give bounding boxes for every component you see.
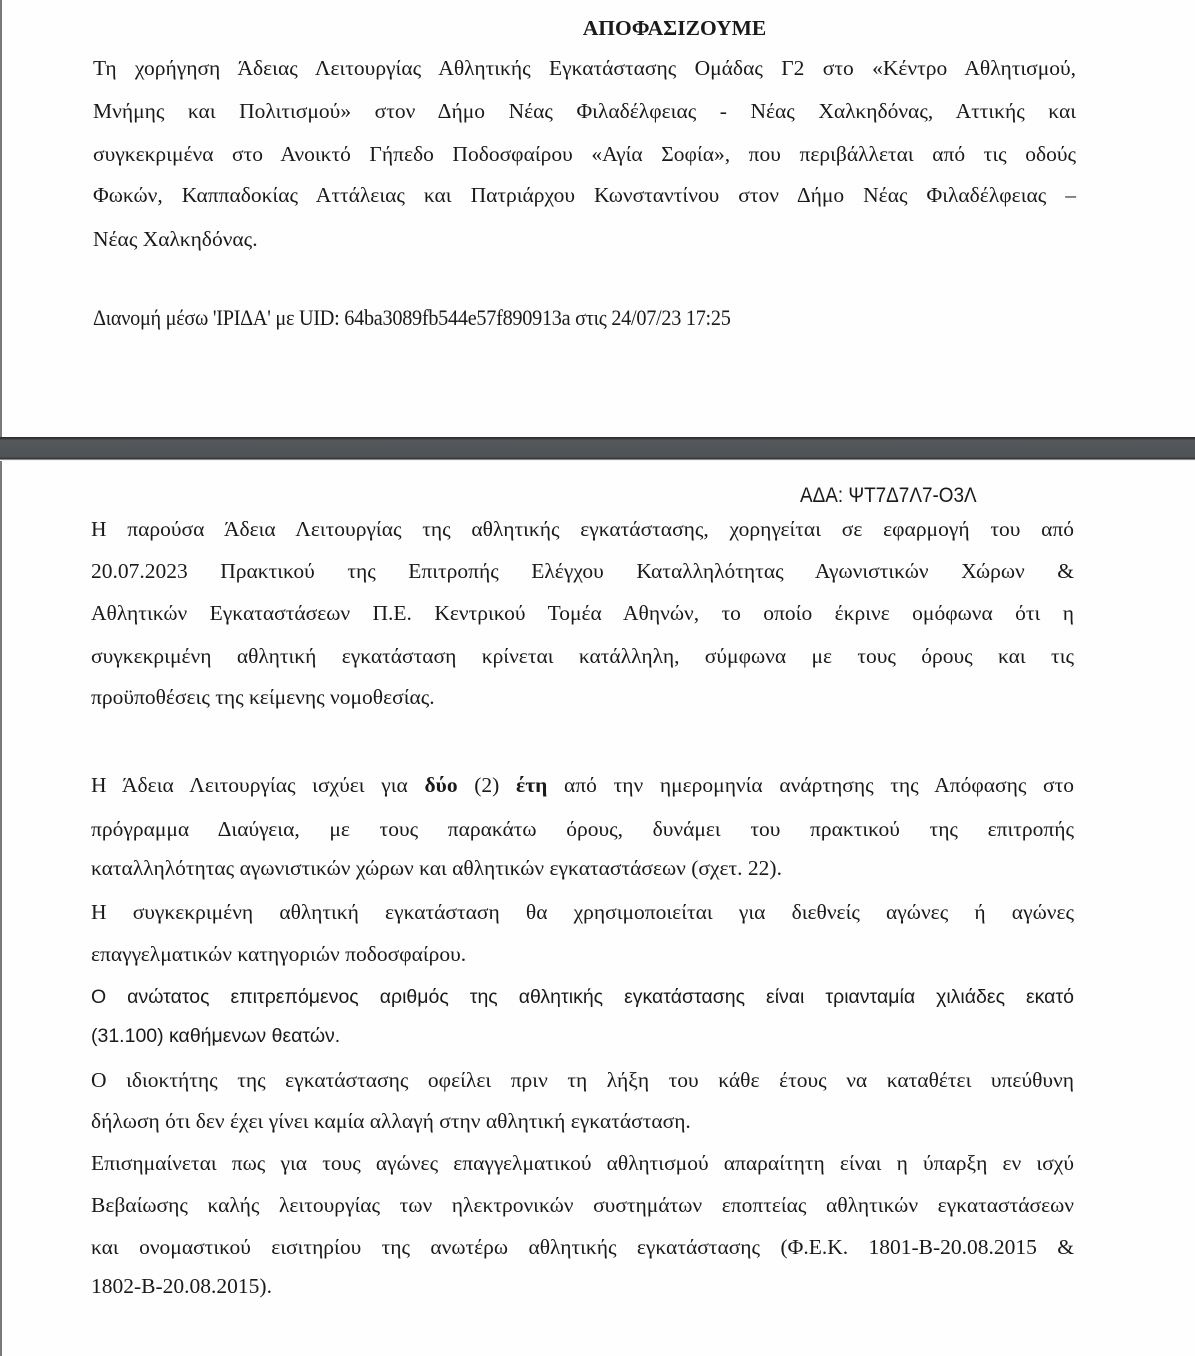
ada-code: ΑΔΑ: ΨΤ7Δ7Λ7-Ο3Λ: [800, 482, 977, 510]
decision-text-line: Τη χορήγηση Άδειας Λειτουργίας Αθλητικής…: [93, 54, 1076, 82]
paragraph-line: προϋποθέσεις της κείμενης νομοθεσίας.: [91, 683, 1074, 711]
owner-line: δήλωση ότι δεν έχει γίνει καμία αλλαγή σ…: [91, 1107, 1074, 1135]
notice-line: 1802-Β-20.08.2015).: [91, 1272, 1074, 1300]
paragraph-line: 20.07.2023 Πρακτικού της Επιτροπής Ελέγχ…: [91, 557, 1074, 585]
paragraph-line: Η συγκεκριμένη αθλητική εγκατάσταση θα χ…: [91, 898, 1074, 926]
notice-line: Βεβαίωσης καλής λειτουργίας των ηλεκτρον…: [91, 1191, 1074, 1219]
validity-duration-word: δύο: [425, 773, 458, 797]
paragraph-line: Αθλητικών Εγκαταστάσεων Π.Ε. Κεντρικού Τ…: [91, 599, 1074, 627]
paragraph-line: συγκεκριμένη αθλητική εγκατάσταση κρίνετ…: [91, 642, 1074, 670]
validity-number: (2): [458, 773, 516, 797]
decision-text-line: Νέας Χαλκηδόνας.: [93, 225, 1076, 253]
owner-line: Ο ιδιοκτήτης της εγκατάστασης οφείλει πρ…: [91, 1066, 1074, 1094]
notice-line: και ονομαστικού εισιτηρίου της ανωτέρω α…: [91, 1233, 1074, 1261]
validity-line: Η Άδεια Λειτουργίας ισχύει για δύο (2) έ…: [91, 771, 1074, 799]
validity-suffix: από την ημερομηνία ανάρτησης της Απόφαση…: [547, 773, 1074, 797]
decision-text-line: Φωκών, Καππαδοκίας Αττάλειας και Πατριάρ…: [93, 181, 1076, 209]
decision-text-line: συγκεκριμένα στο Ανοικτό Γήπεδο Ποδοσφαί…: [93, 140, 1076, 168]
paragraph-line: Η παρούσα Άδεια Λειτουργίας της αθλητική…: [91, 515, 1074, 543]
decision-text-line: Μνήμης και Πολιτισμού» στον Δήμο Νέας Φι…: [93, 97, 1076, 125]
document-page-1: ΑΠΟΦΑΣΙΖΟΥΜΕ Τη χορήγηση Άδειας Λειτουργ…: [0, 0, 1195, 437]
notice-line: Επισημαίνεται πως για τους αγώνες επαγγε…: [91, 1149, 1074, 1177]
validity-prefix: Η Άδεια Λειτουργίας ισχύει για: [91, 773, 425, 797]
capacity-line: (31.100) καθήμενων θεατών.: [91, 1022, 1074, 1050]
distribution-note: Διανομή μέσω 'ΙΡΙΔΑ' με UID: 64ba3089fb5…: [93, 303, 731, 333]
paragraph-line: καταλληλότητας αγωνιστικών χώρων και αθλ…: [91, 854, 1074, 882]
validity-years: έτη: [516, 773, 547, 797]
decision-heading: ΑΠΟΦΑΣΙΖΟΥΜΕ: [2, 14, 1195, 42]
paragraph-line: επαγγελματικών κατηγοριών ποδοσφαίρου.: [91, 940, 1074, 968]
paragraph-line: πρόγραμμα Διαύγεια, με τους παρακάτω όρο…: [91, 815, 1074, 843]
page-separator: [0, 437, 1195, 461]
capacity-line: Ο ανώτατος επιτρεπόμενος αριθμός της αθλ…: [91, 983, 1074, 1011]
